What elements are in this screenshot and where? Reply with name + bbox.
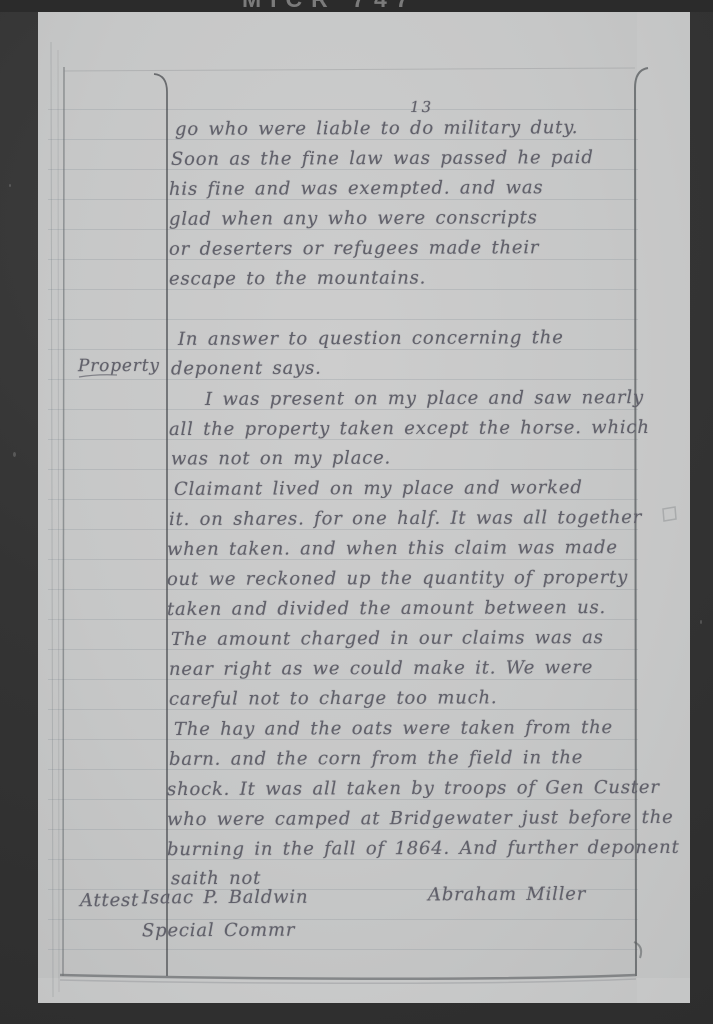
manuscript-line: glad when any who were conscripts	[169, 207, 538, 230]
manuscript-line: all the property taken except the horse.…	[169, 417, 650, 440]
manuscript-line: shock. It was all taken by troops of Gen…	[167, 777, 660, 800]
manuscript-line: Claimant lived on my place and worked	[174, 477, 583, 500]
page-number: 13	[410, 98, 433, 116]
manuscript-line: Soon as the fine law was passed he paid	[171, 147, 594, 170]
manuscript-line: deponent says.	[171, 358, 322, 380]
commissioner-title: Special Commr	[142, 920, 295, 942]
manuscript-line: escape to the mountains.	[169, 267, 426, 289]
manuscript-line: burning in the fall of 1864. And further…	[167, 837, 680, 860]
manuscript-line: The amount charged in our claims was as	[171, 627, 604, 650]
dust-speck	[700, 620, 702, 624]
claimant-signature: Abraham Miller	[428, 884, 586, 906]
manuscript-line: or deserters or refugees made their	[169, 237, 539, 260]
manuscript-line: near right as we could make it. We were	[169, 657, 593, 680]
manuscript-line: taken and divided the amount between us.	[167, 597, 606, 620]
manuscript-line: go who were liable to do military duty.	[175, 117, 578, 140]
manuscript-line: I was present on my place and saw nearly	[205, 387, 644, 410]
manuscript-line: who were camped at Bridgewater just befo…	[167, 807, 674, 830]
manuscript-line: barn. and the corn from the field in the	[169, 747, 583, 770]
film-reel-label: MICR 747	[242, 0, 418, 12]
manuscript-line: when taken. and when this claim was made	[167, 537, 618, 560]
manuscript-line: In answer to question concerning the	[178, 327, 564, 350]
dust-speck	[13, 452, 16, 457]
manuscript-line: his fine and was exempted. and was	[169, 177, 543, 200]
manuscript-line: was not on my place.	[171, 448, 391, 470]
film-edge-strip: MICR 747	[0, 0, 713, 12]
manuscript-line: it. on shares. for one half. It was all …	[169, 507, 642, 530]
manuscript-line: out we reckoned up the quantity of prope…	[167, 567, 628, 590]
manuscript-page: 13 Property go who were liable to do mil…	[38, 12, 690, 1003]
dust-speck	[9, 184, 11, 187]
attest-label: Attest	[80, 890, 139, 911]
manuscript-line: The hay and the oats were taken from the	[174, 717, 613, 740]
microfilm-frame: MICR 747 13	[0, 0, 713, 1024]
margin-note-property: Property	[78, 356, 160, 376]
manuscript-line: careful not to charge too much.	[169, 687, 497, 709]
commissioner-signature: Isaac P. Baldwin	[142, 887, 308, 909]
